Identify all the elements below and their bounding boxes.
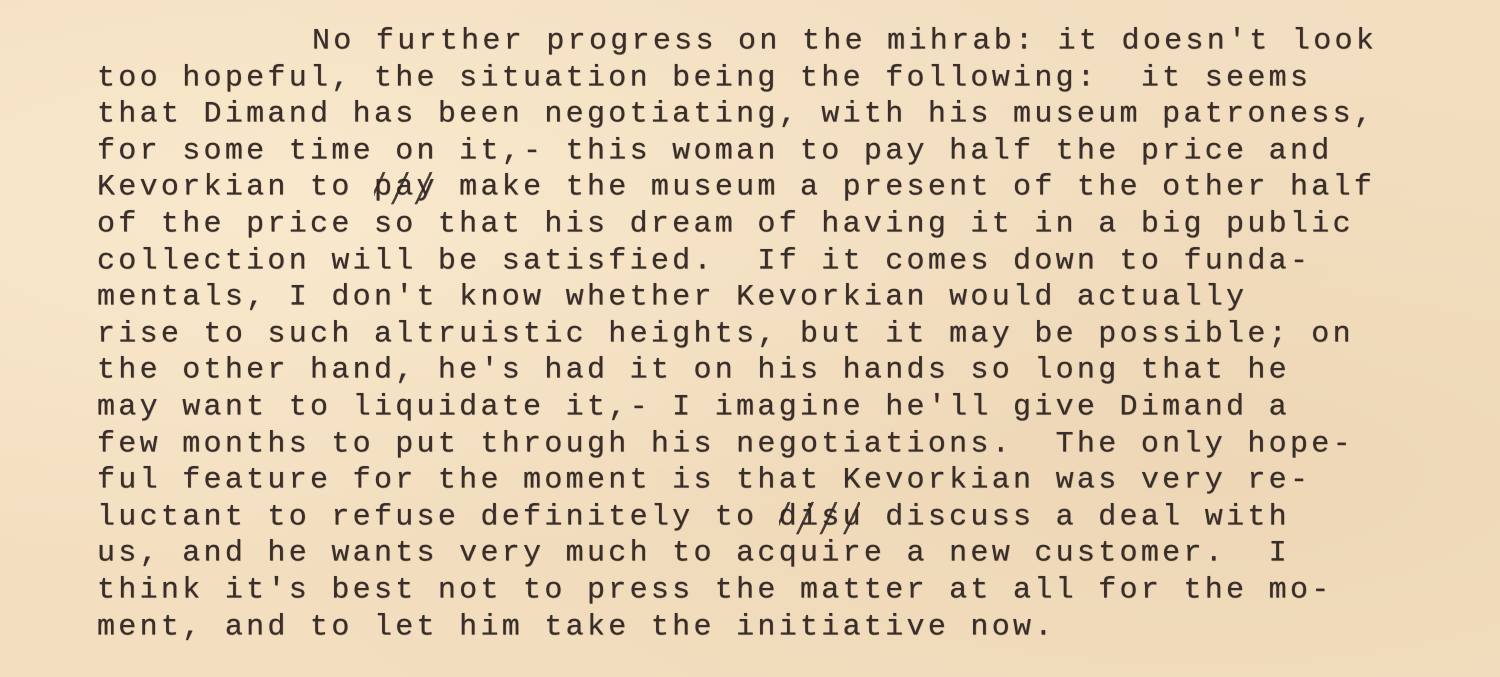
text-line: mentals, I don't know whether Kevorkian … [97,280,1477,316]
line-text: luctant to refuse definitely to [97,501,779,534]
line-text: mentals, I don't know whether Kevorkian … [97,281,1247,314]
text-line: may want to liquidate it,- I imagine he'… [97,390,1477,426]
line-text: Kevorkian to [97,171,374,204]
text-line: No further progress on the mihrab: it do… [97,24,1477,60]
line-text: that Dimand has been negotiating, with h… [97,98,1375,131]
typed-letter-body: No further progress on the mihrab: it do… [97,24,1477,646]
text-line: ment, and to let him take the initiative… [97,610,1477,646]
line-text: ment, and to let him take the initiative… [97,610,1056,643]
line-text: may want to liquidate it,- I imagine he'… [97,391,1290,424]
line-text: make the museum a present of the other h… [438,171,1375,204]
line-text: No further progress on the mihrab: it do… [312,25,1377,58]
line-text: discuss a deal with [864,501,1290,534]
line-text: think it's best not to press the matter … [97,574,1333,607]
text-line: rise to such altruistic heights, but it … [97,317,1477,353]
text-line: ful feature for the moment is that Kevor… [97,463,1477,499]
text-line: us, and he wants very much to acquire a … [97,536,1477,572]
line-text: collection will be satisfied. If it come… [97,245,1311,278]
text-line: Kevorkian to pay make the museum a prese… [97,170,1477,206]
text-line: that Dimand has been negotiating, with h… [97,97,1477,133]
text-line: collection will be satisfied. If it come… [97,244,1477,280]
line-text: for some time on it,- this woman to pay … [97,135,1333,168]
line-text: rise to such altruistic heights, but it … [97,318,1354,351]
line-text: us, and he wants very much to acquire a … [97,537,1290,570]
text-line: for some time on it,- this woman to pay … [97,134,1477,170]
struck-out-text: disu [779,500,864,536]
line-text: of the price so that his dream of having… [97,208,1354,241]
text-line: luctant to refuse definitely to disu dis… [97,500,1477,536]
text-line: the other hand, he's had it on his hands… [97,353,1477,389]
text-line: too hopeful, the situation being the fol… [97,61,1477,97]
text-line: think it's best not to press the matter … [97,573,1477,609]
line-text: ful feature for the moment is that Kevor… [97,464,1311,497]
line-text: too hopeful, the situation being the fol… [97,62,1311,95]
text-line: of the price so that his dream of having… [97,207,1477,243]
line-text: few months to put through his negotiatio… [97,428,1354,461]
line-text: the other hand, he's had it on his hands… [97,354,1290,387]
struck-out-text: pay [374,170,438,206]
text-line: few months to put through his negotiatio… [97,427,1477,463]
